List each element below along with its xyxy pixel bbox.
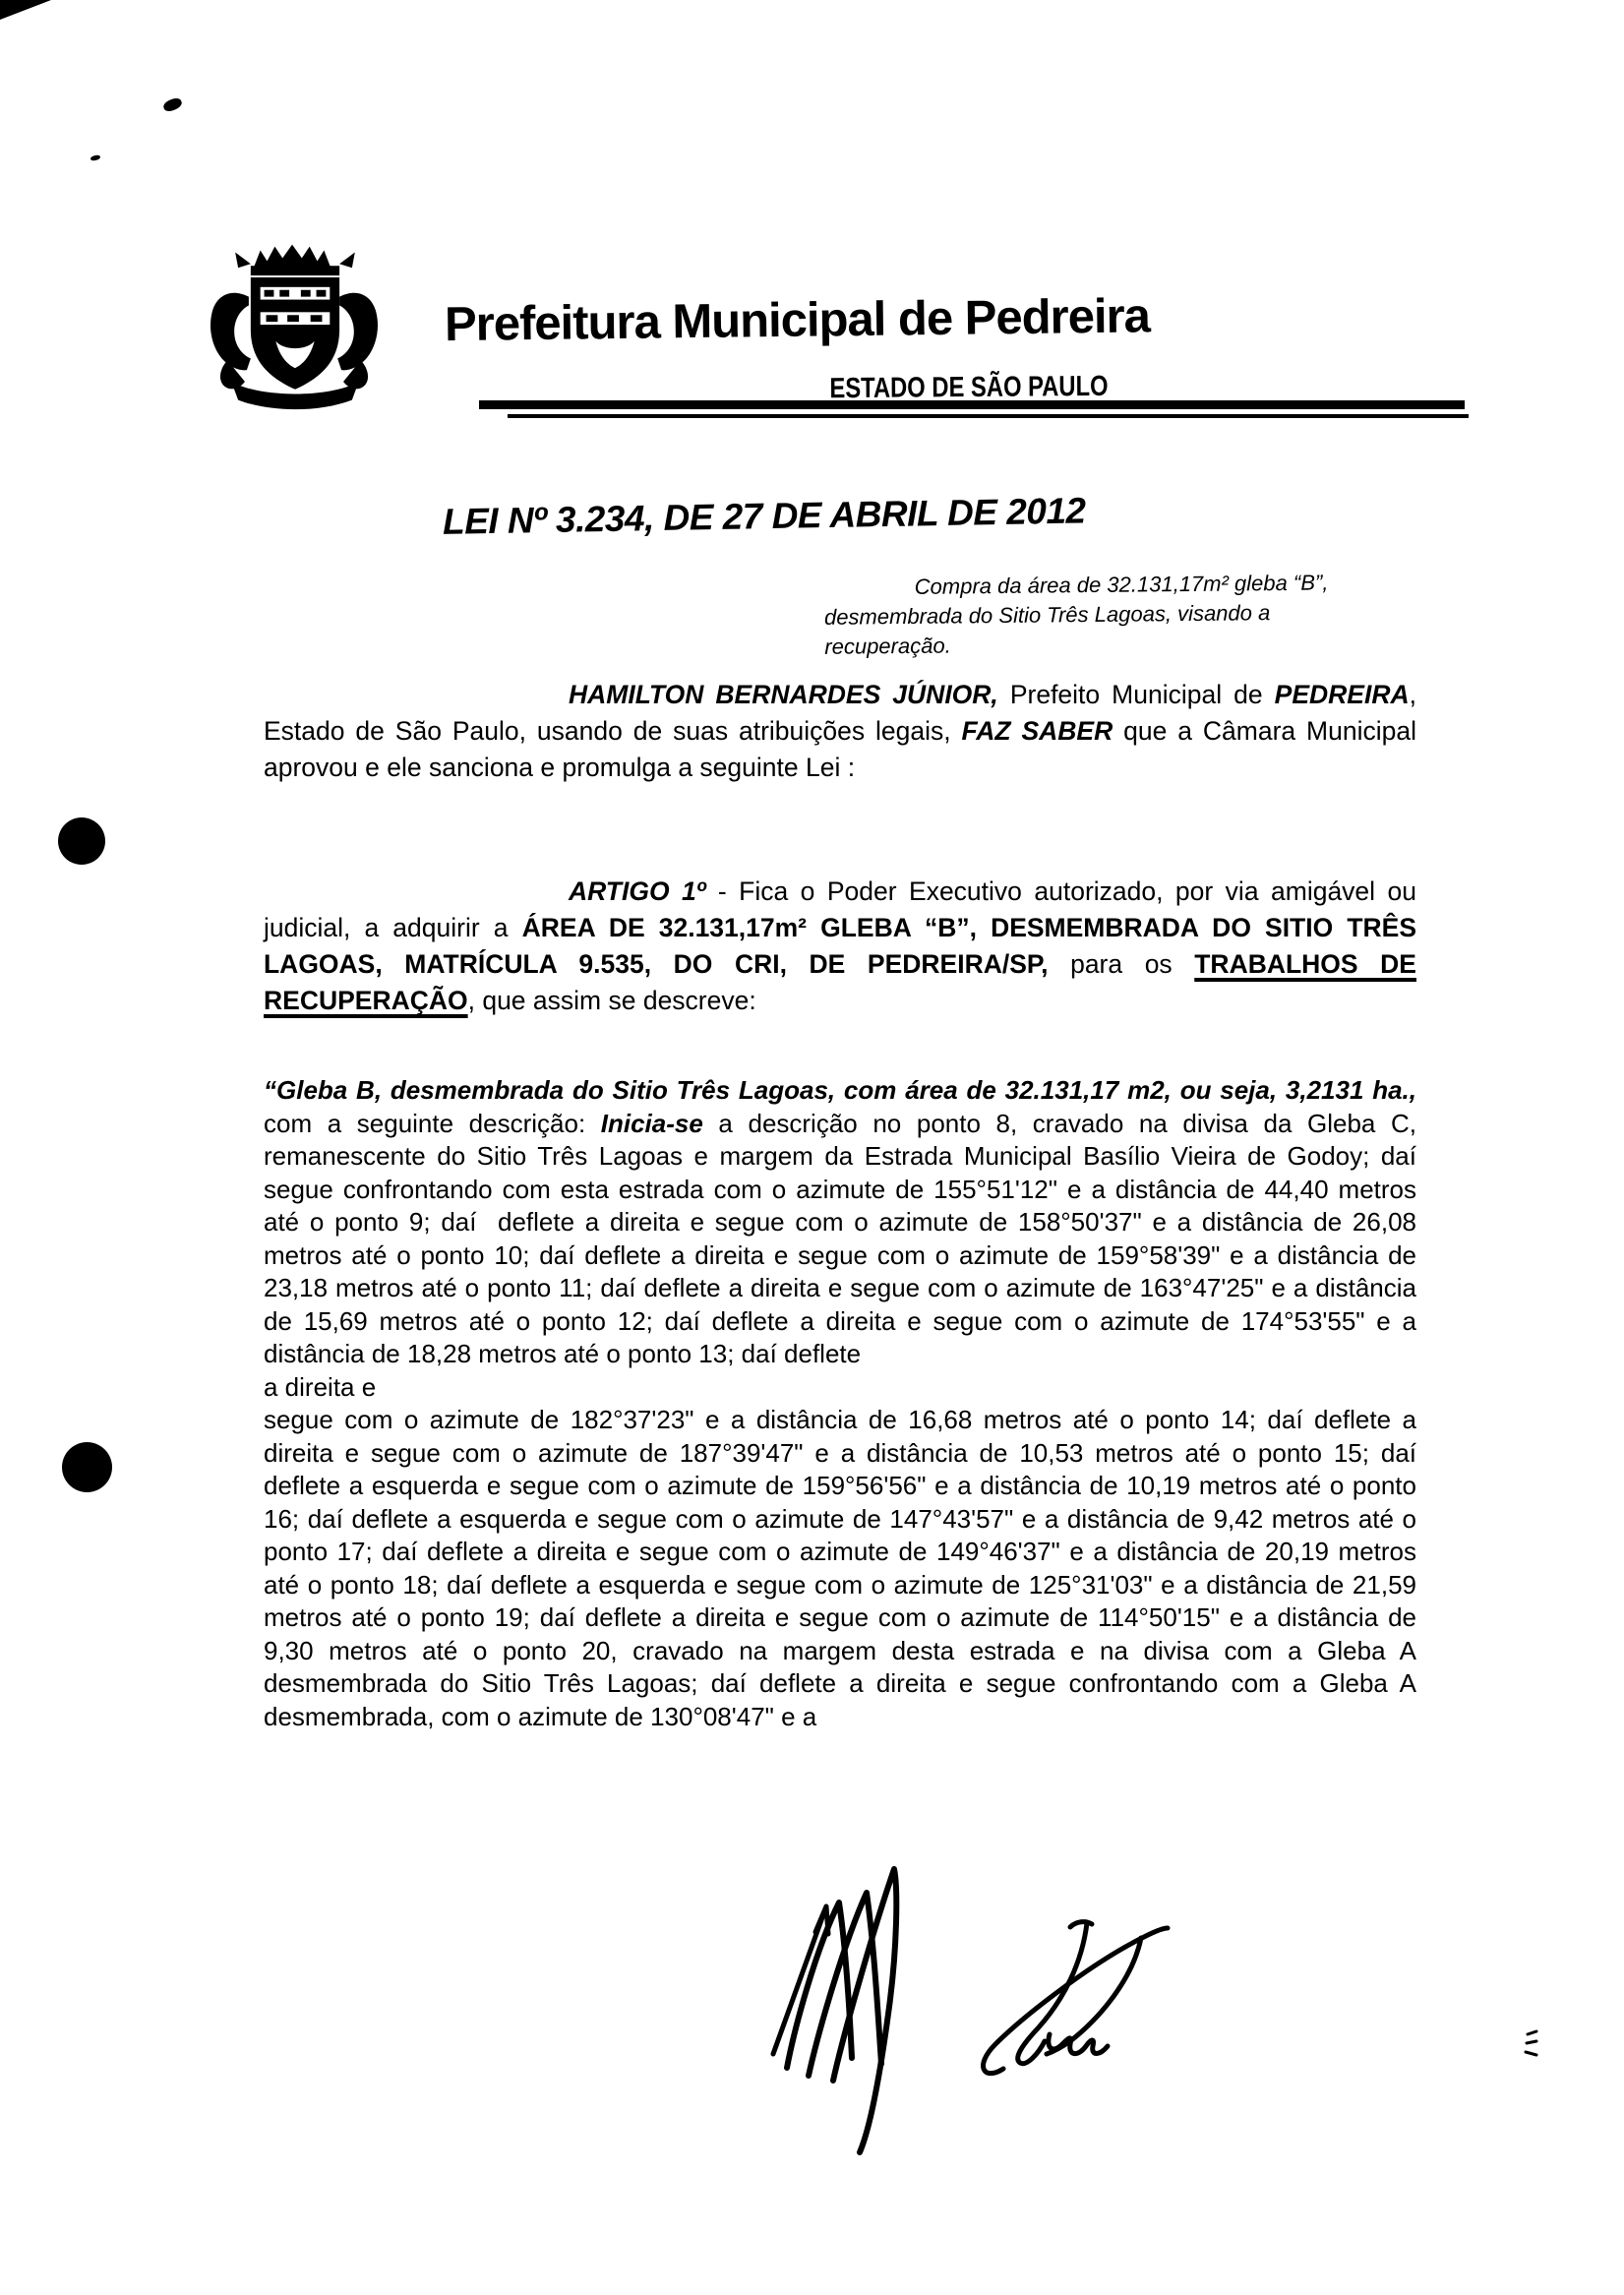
law-title: LEI Nº 3.234, DE 27 DE ABRIL DE 2012 (443, 486, 1329, 543)
survey-bearings-text: a descrição no ponto 8, cravado na divis… (264, 1109, 1430, 1731)
signature-initials-scribble (773, 1869, 896, 2152)
mayor-name-text: HAMILTON BERNARDES JÚNIOR, (569, 680, 998, 709)
gleba-lead-text: “Gleba B, desmembrada do Sitio Três Lago… (264, 1075, 1416, 1105)
signature-scribble (984, 1922, 1168, 2074)
letterhead-rule-thin (508, 414, 1469, 418)
ink-speck (162, 96, 184, 113)
text-segment: para os (1049, 949, 1195, 979)
scanned-document-page: Prefeitura Municipal de Pedreira ESTADO … (0, 0, 1624, 2295)
preamble-paragraph: HAMILTON BERNARDES JÚNIOR, Prefeito Muni… (264, 677, 1416, 786)
inicia-se-text: Inicia-se (601, 1109, 703, 1138)
ink-speck (1523, 2028, 1544, 2060)
faz-saber-text: FAZ SABER (962, 716, 1113, 746)
ink-speck (90, 154, 101, 161)
hole-punch-dot (58, 817, 105, 865)
text-segment: , que assim se descreve: (468, 986, 756, 1015)
law-summary: Compra da área de 32.131,17m² gleba “B”,… (824, 568, 1364, 662)
article-1-paragraph: ARTIGO 1º - Fica o Poder Executivo autor… (264, 874, 1416, 1019)
scan-corner-artifact (0, 0, 51, 20)
signatures-area (679, 1830, 1279, 2204)
coat-of-arms-icon (193, 236, 395, 421)
municipality-name-text: PEDREIRA (1275, 680, 1410, 709)
text-segment: Prefeito Municipal de (998, 680, 1275, 709)
letterhead-rule-thick (479, 400, 1465, 409)
property-description-paragraph: “Gleba B, desmembrada do Sitio Três Lago… (264, 1074, 1416, 1733)
article-number-text: ARTIGO 1º (569, 876, 705, 906)
letterhead-title: Prefeitura Municipal de Pedreira (445, 285, 1429, 352)
hole-punch-dot (62, 1442, 112, 1492)
